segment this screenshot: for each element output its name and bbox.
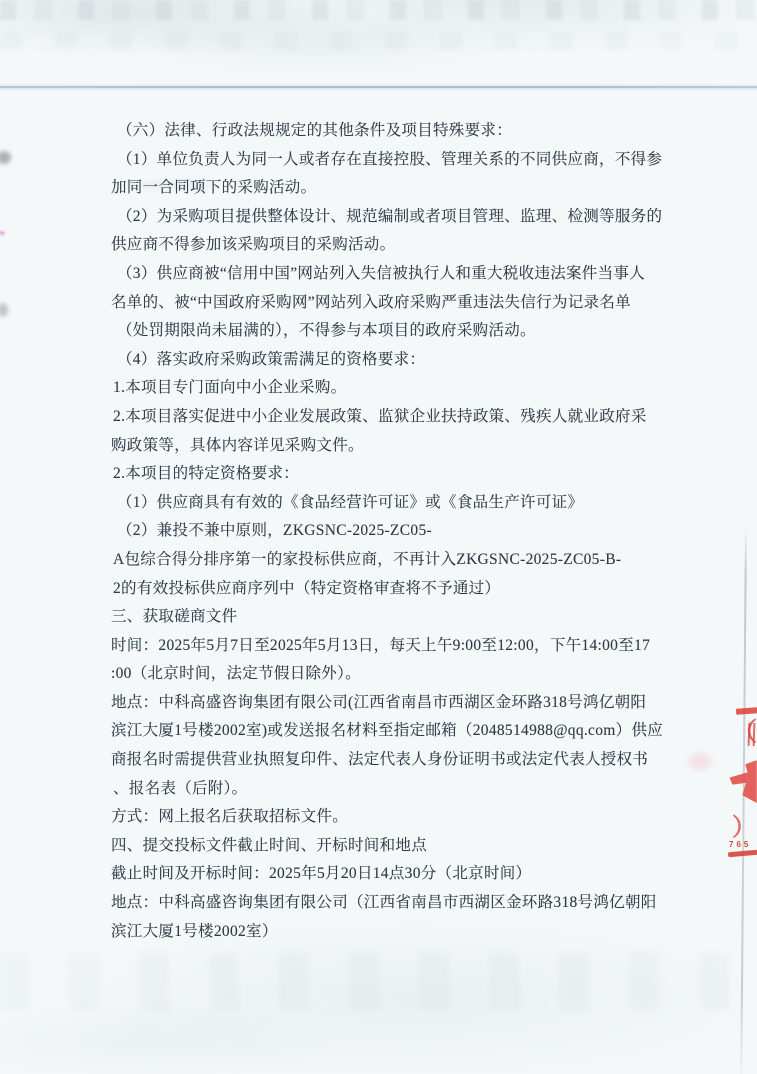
text-line: 方式：网上报名后获取招标文件。 bbox=[111, 803, 717, 832]
text-line: 滨江大厦1号楼2002室） bbox=[111, 918, 717, 947]
scan-line-horizontal bbox=[0, 86, 757, 88]
text-line: 地点：中科高盛咨询集团有限公司（江西省南昌市西湖区金环路318号鸿亿朝阳 bbox=[111, 889, 717, 918]
text-line: 购政策等，具体内容详见采购文件。 bbox=[111, 432, 717, 461]
text-line: 2的有效投标供应商序列中（特定资格审查将不予通过） bbox=[111, 575, 717, 604]
document-body: （六）法律、行政法规规定的其他条件及项目特殊要求：（1）单位负责人为同一人或者存… bbox=[111, 117, 717, 946]
text-line: 加同一合同项下的采购活动。 bbox=[111, 174, 717, 203]
text-line: 供应商不得参加该采购项目的采购活动。 bbox=[111, 231, 717, 260]
text-line: 商报名时需提供营业执照复印件、法定代表人身份证明书或法定代表人授权书 bbox=[111, 746, 717, 775]
text-line: （4）落实政府采购政策需满足的资格要求： bbox=[111, 346, 717, 375]
scan-noise-upper bbox=[0, 32, 757, 50]
text-line: 2.本项目落实促进中小企业发展政策、监狱企业扶持政策、残疾人就业政府采 bbox=[111, 403, 717, 432]
page-edge-line bbox=[740, 528, 747, 1074]
text-line: 、报名表（后附）。 bbox=[111, 775, 717, 804]
text-line: A包综合得分排序第一的家投标供应商，不再计入ZKGSNC-2025-ZC05-B… bbox=[111, 546, 717, 575]
text-line: 名单的、被“中国政府采购网”网站列入政府采购严重违法失信行为记录名单 bbox=[111, 289, 717, 318]
text-line: （处罚期限尚未届满的），不得参与本项目的政府采购活动。 bbox=[111, 317, 717, 346]
text-line: 时间：2025年5月7日至2025年5月13日，每天上午9:00至12:00，下… bbox=[111, 632, 717, 661]
document-page: （六）法律、行政法规规定的其他条件及项目特殊要求：（1）单位负责人为同一人或者存… bbox=[0, 0, 757, 1074]
text-line: 四、提交投标文件截止时间、开标时间和地点 bbox=[111, 832, 717, 861]
text-line: （2）兼投不兼中原则，ZKGSNC-2025-ZC05- bbox=[111, 517, 717, 546]
text-line: （六）法律、行政法规规定的其他条件及项目特殊要求： bbox=[111, 117, 717, 146]
text-line: 地点：中科高盛咨询集团有限公司(江西省南昌市西湖区金环路318号鸿亿朝阳 bbox=[111, 689, 717, 718]
scan-smudge bbox=[0, 303, 8, 317]
seal-bar-top bbox=[736, 707, 757, 715]
text-line: （1）单位负责人为同一人或者存在直接控股、管理关系的不同供应商，不得参 bbox=[111, 146, 717, 175]
scan-smudge-magenta bbox=[0, 231, 5, 235]
text-line: （2）为采购项目提供整体设计、规范编制或者项目管理、监理、检测等服务的 bbox=[111, 203, 717, 232]
text-line: 2.本项目的特定资格要求： bbox=[111, 460, 717, 489]
text-line: 1.本项目专门面向中小企业采购。 bbox=[111, 374, 717, 403]
text-line: 滨江大厦1号楼2002室)或发送报名材料至指定邮箱（2048514988@qq.… bbox=[111, 717, 717, 746]
scan-smudge bbox=[0, 151, 11, 164]
text-line: （1）供应商具有有效的《食品经营许可证》或《食品生产许可证》 bbox=[111, 489, 717, 518]
text-line: （3）供应商被“信用中国”网站列入失信被执行人和重大税收违法案件当事人 bbox=[111, 260, 717, 289]
text-line: :00（北京时间，法定节假日除外）。 bbox=[111, 660, 717, 689]
text-line: 截止时间及开标时间：2025年5月20日14点30分（北京时间） bbox=[111, 860, 717, 889]
scan-noise-bottom bbox=[0, 952, 757, 1010]
scan-noise-top bbox=[0, 0, 757, 20]
seal-partial-character bbox=[748, 723, 757, 746]
text-line: 三、获取磋商文件 bbox=[111, 603, 717, 632]
